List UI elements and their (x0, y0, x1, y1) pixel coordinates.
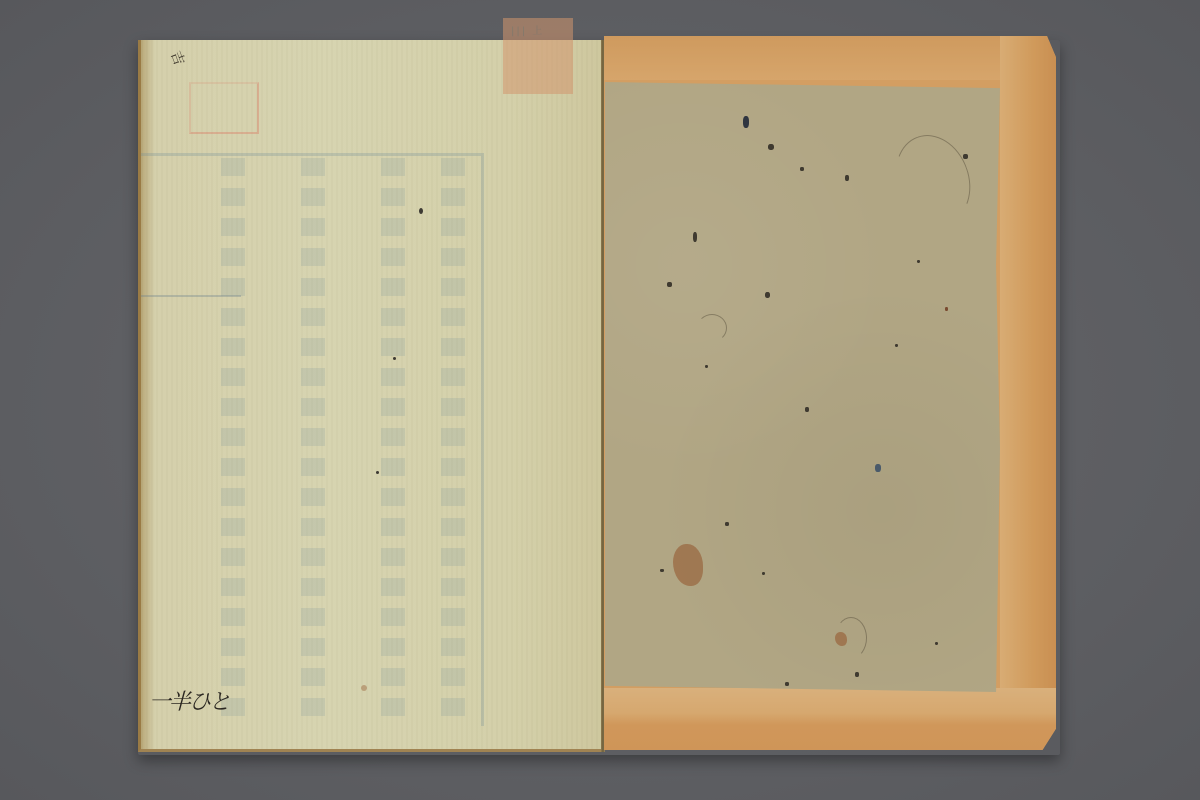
fibre-fleck (693, 232, 697, 242)
seal-stamp (189, 82, 259, 134)
fibre-fleck (963, 154, 968, 159)
ink-spot (393, 357, 396, 360)
fibre-fleck (785, 682, 789, 686)
fibre-fleck (800, 167, 804, 171)
ink-spot (376, 471, 379, 474)
fibre-fleck (895, 344, 898, 347)
bleed-through-column (221, 158, 245, 718)
fibre-fleck (705, 365, 708, 368)
fibre-fleck (875, 464, 881, 472)
paper-fibre (697, 314, 727, 342)
fibre-fleck (725, 522, 729, 526)
fibre-fleck (765, 292, 770, 298)
fibre-fleck (935, 642, 938, 645)
paper-tab: ||| 上 (503, 18, 573, 94)
fibre-fleck (768, 144, 774, 150)
fibre-fleck (917, 260, 920, 263)
fibre-fleck (660, 569, 664, 572)
cover-turn-in-bottom (604, 688, 1056, 750)
bleed-through-column (441, 158, 465, 718)
bleed-through-column (381, 158, 405, 718)
cover-turn-in-right (1000, 36, 1056, 750)
ink-spot (419, 208, 423, 214)
tab-label: ||| 上 (511, 22, 544, 37)
left-page: 吉 一半ひと (138, 40, 604, 752)
cover-turn-in-top (604, 36, 1056, 80)
fibre-fleck (743, 116, 749, 128)
handwritten-inscription: 一半ひと (147, 685, 235, 716)
fibre-fleck (845, 175, 849, 181)
fibre-fleck (667, 282, 672, 287)
fibre-fleck (855, 672, 859, 677)
speckled-endpaper (605, 82, 1000, 692)
paper-fibre (835, 617, 867, 659)
foxing-spot (361, 685, 367, 691)
bleed-through-column (301, 158, 325, 718)
fibre-fleck (762, 572, 765, 575)
fibre-fleck (805, 407, 809, 412)
bleed-through-rule (141, 295, 241, 297)
fibre-fleck (945, 307, 948, 311)
